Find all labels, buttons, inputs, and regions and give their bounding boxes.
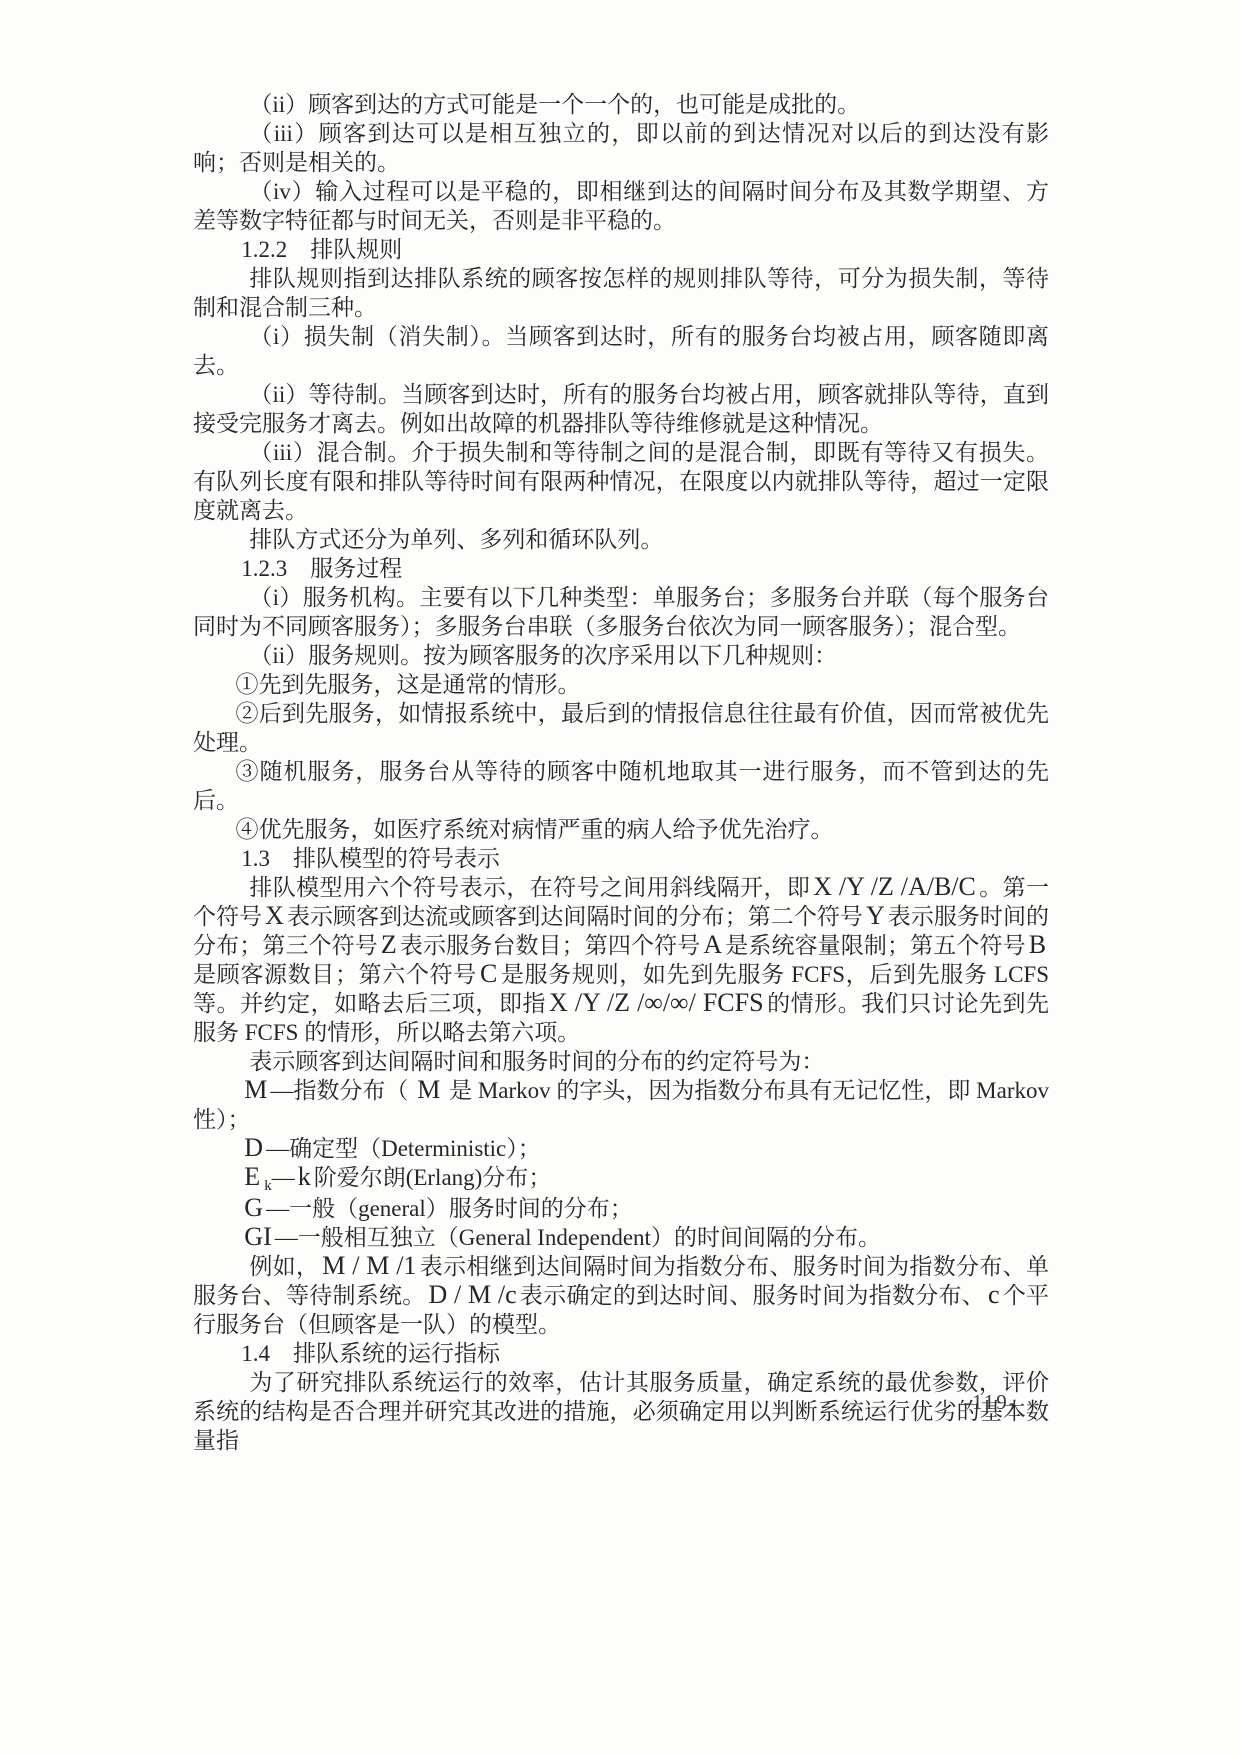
math-subscript: k xyxy=(264,1178,272,1194)
math-symbol: C xyxy=(480,959,497,988)
text-run: （iii）混合制。介于损失制和等待制之间的是混合制，即既有等待又有损失。有队列长… xyxy=(193,440,1049,523)
text-run: 是顾客源数目；第六个符号 xyxy=(193,962,477,987)
math-symbol: Z xyxy=(381,930,397,959)
scanned-textbook-page: （ii）顾客到达的方式可能是一个一个的，也可能是成批的。（iii）顾客到达可以是… xyxy=(0,0,1241,1755)
text-run: 排队规则指到达排队系统的顾客按怎样的规则排队等待，可分为损失制，等待制和混合制三… xyxy=(193,266,1049,320)
para-example: 例如，M / M /1表示相继到达间隔时间为指数分布、服务时间为指数分布、单服务… xyxy=(193,1252,1049,1339)
text-run: （ii）顾客到达的方式可能是一个一个的，也可能是成批的。 xyxy=(249,92,860,117)
text-run: ③随机服务，服务台从等待的顾客中随机地取其一进行服务，而不管到达的先后。 xyxy=(193,759,1049,813)
text-run: 排队模型用六个符号表示，在符号之间用斜线隔开，即 xyxy=(249,875,810,900)
text-run: 1.4 排队系统的运行指标 xyxy=(241,1341,500,1366)
text-run: 表示服务台数目；第四个符号 xyxy=(400,933,701,958)
text-run: 排队方式还分为单列、多列和循环队列。 xyxy=(249,527,663,552)
text-run: 1.2.3 服务过程 xyxy=(241,556,402,581)
text-run: （i）损失制（消失制）。当顾客到达时，所有的服务台均被占用，顾客随即离去。 xyxy=(193,324,1049,378)
para-queue-forms: 排队方式还分为单列、多列和循环队列。 xyxy=(193,525,1049,554)
math-symbol: Y xyxy=(866,901,885,930)
para-rule-lcfs: ②后到先服务，如情报系统中，最后到的情报信息往往最有价值，因而常被优先处理。 xyxy=(193,699,1049,757)
para-loss-system: （i）损失制（消失制）。当顾客到达时，所有的服务台均被占用，顾客随即离去。 xyxy=(193,322,1049,380)
heading-1-3: 1.3 排队模型的符号表示 xyxy=(193,844,1049,873)
text-run: （i）服务机构。主要有以下几种类型：单服务台；多服务台并联（每个服务台同时为不同… xyxy=(193,585,1049,639)
text-run: —一般（general）服务时间的分布； xyxy=(266,1196,633,1221)
para-rule-fcfs: ①先到先服务，这是通常的情形。 xyxy=(193,670,1049,699)
heading-1-2-2: 1.2.2 排队规则 xyxy=(193,235,1049,264)
text-run: 1.2.2 排队规则 xyxy=(241,237,402,262)
text-run: —确定型（Deterministic）； xyxy=(266,1136,541,1161)
text-run: 表示顾客到达流或顾客到达间隔时间的分布；第二个符号 xyxy=(287,904,863,929)
math-symbol: c xyxy=(988,1280,1000,1309)
heading-1-2-3: 1.2.3 服务过程 xyxy=(193,554,1049,583)
math-symbol: M / M /1 xyxy=(322,1251,416,1280)
text-run: ②后到先服务，如情报系统中，最后到的情报信息往往最有价值，因而常被优先处理。 xyxy=(193,701,1049,755)
text-run: 表示确定的到达时间、服务时间为指数分布、 xyxy=(520,1283,985,1308)
page-number: -119- xyxy=(963,1390,1018,1415)
math-symbol: X /Y /Z /∞/∞/ FCFS xyxy=(549,988,764,1017)
para-wait-system: （ii）等待制。当顾客到达时，所有的服务台均被占用，顾客就排队等待，直到接受完服… xyxy=(193,380,1049,438)
text-run: ④优先服务，如医疗系统对病情严重的病人给予优先治疗。 xyxy=(236,817,834,842)
text-run: （iv）输入过程可以是平稳的，即相继到达的间隔时间分布及其数学期望、方差等数字特… xyxy=(193,179,1049,233)
text-run: 是系统容量限制；第五个符号 xyxy=(725,933,1026,958)
document-body: （ii）顾客到达的方式可能是一个一个的，也可能是成批的。（iii）顾客到达可以是… xyxy=(193,90,1049,1455)
def-D: D—确定型（Deterministic）； xyxy=(193,1134,1049,1163)
text-run: 1.3 排队模型的符号表示 xyxy=(241,846,500,871)
math-symbol: B xyxy=(1029,930,1046,959)
math-symbol: D xyxy=(244,1133,263,1162)
def-M: M—指数分布（ M 是 Markov 的字头，因为指数分布具有无记忆性，即 Ma… xyxy=(193,1076,1049,1134)
para-mixed-system: （iii）混合制。介于损失制和等待制之间的是混合制，即既有等待又有损失。有队列长… xyxy=(193,438,1049,525)
math-symbol: M xyxy=(417,1075,440,1104)
math-symbol: D / M /c xyxy=(429,1280,517,1309)
math-symbol: GI xyxy=(244,1222,271,1251)
para-arrival-iv: （iv）输入过程可以是平稳的，即相继到达的间隔时间分布及其数学期望、方差等数字特… xyxy=(193,177,1049,235)
para-notation: 排队模型用六个符号表示，在符号之间用斜线隔开，即X /Y /Z /A/B/C。第… xyxy=(193,873,1049,1047)
para-queue-rule: 排队规则指到达排队系统的顾客按怎样的规则排队等待，可分为损失制，等待制和混合制三… xyxy=(193,264,1049,322)
text-run: 为了研究排队系统运行的效率，估计其服务质量，确定系统的最优参数，评价系统的结构是… xyxy=(193,1370,1049,1453)
para-dist-intro: 表示顾客到达间隔时间和服务时间的分布的约定符号为： xyxy=(193,1047,1049,1076)
text-run: （ii）等待制。当顾客到达时，所有的服务台均被占用，顾客就排队等待，直到接受完服… xyxy=(193,382,1049,436)
heading-1-4: 1.4 排队系统的运行指标 xyxy=(193,1339,1049,1368)
para-service-org: （i）服务机构。主要有以下几种类型：单服务台；多服务台并联（每个服务台同时为不同… xyxy=(193,583,1049,641)
text-run: —一般相互独立（General Independent）的时间间隔的分布。 xyxy=(275,1225,881,1250)
text-run: ①先到先服务，这是通常的情形。 xyxy=(236,672,581,697)
math-symbol: X /Y /Z /A/B/C xyxy=(813,872,976,901)
math-symbol: k xyxy=(298,1162,311,1191)
text-run: 阶爱尔朗(Erlang)分布； xyxy=(314,1165,552,1190)
para-service-rule: （ii）服务规则。按为顾客服务的次序采用以下几种规则： xyxy=(193,641,1049,670)
math-symbol: E xyxy=(244,1162,260,1191)
math-symbol: A xyxy=(703,930,722,959)
text-run: —指数分布（ xyxy=(270,1078,414,1103)
def-Ek: Ek—k阶爱尔朗(Erlang)分布； xyxy=(193,1163,1049,1194)
para-arrival-iii: （iii）顾客到达可以是相互独立的，即以前的到达情况对以后的到达没有影响；否则是… xyxy=(193,119,1049,177)
text-run: 表示顾客到达间隔时间和服务时间的分布的约定符号为： xyxy=(249,1049,824,1074)
text-run: （ii）服务规则。按为顾客服务的次序采用以下几种规则： xyxy=(249,643,837,668)
text-run: — xyxy=(272,1165,295,1190)
text-run: （iii）顾客到达可以是相互独立的，即以前的到达情况对以后的到达没有影响；否则是… xyxy=(193,121,1049,175)
para-rule-priority: ④优先服务，如医疗系统对病情严重的病人给予优先治疗。 xyxy=(193,815,1049,844)
para-metrics: 为了研究排队系统运行的效率，估计其服务质量，确定系统的最优参数，评价系统的结构是… xyxy=(193,1368,1049,1455)
def-G: G—一般（general）服务时间的分布； xyxy=(193,1194,1049,1223)
text-run: 例如， xyxy=(249,1254,319,1279)
def-GI: GI—一般相互独立（General Independent）的时间间隔的分布。 xyxy=(193,1223,1049,1252)
math-symbol: X xyxy=(265,901,284,930)
para-rule-random: ③随机服务，服务台从等待的顾客中随机地取其一进行服务，而不管到达的先后。 xyxy=(193,757,1049,815)
math-symbol: M xyxy=(244,1075,267,1104)
para-arrival-ii: （ii）顾客到达的方式可能是一个一个的，也可能是成批的。 xyxy=(193,90,1049,119)
math-symbol: G xyxy=(244,1193,263,1222)
